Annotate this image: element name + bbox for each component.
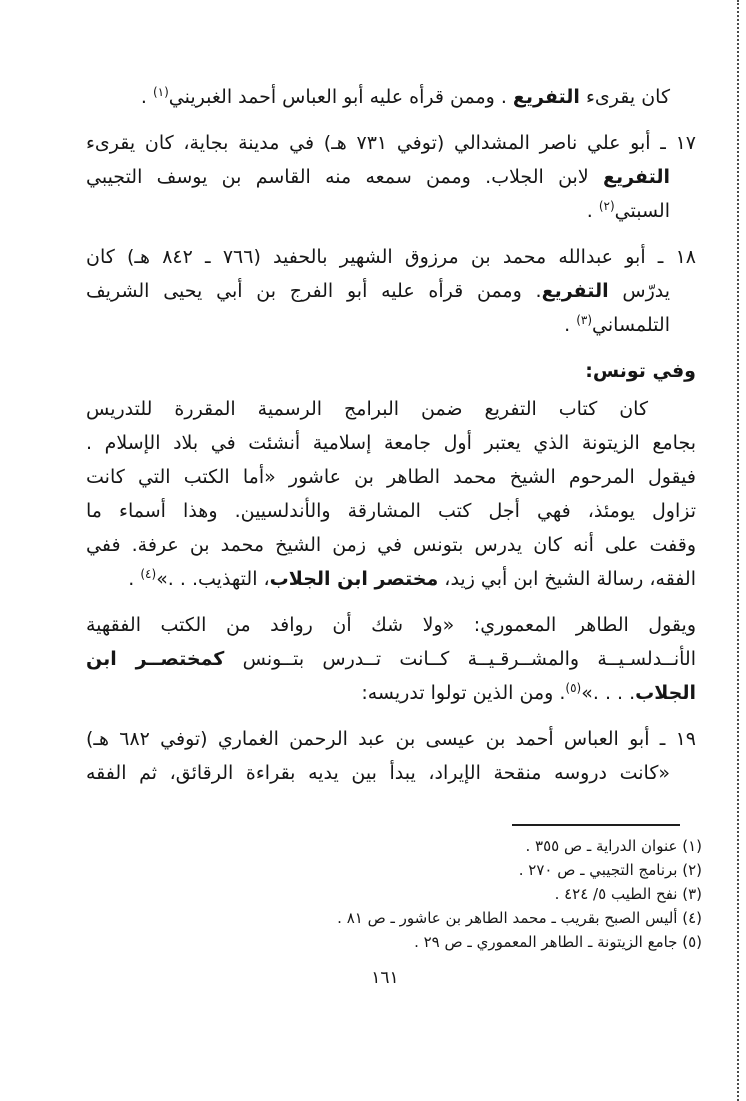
footnotes: (١) عنوان الدراية ـ ص ٣٥٥ .(٢) برنامج ال… bbox=[86, 834, 702, 954]
text-span: «كانت دروسه منقحة الإيراد، يبدأ بين يديه… bbox=[86, 762, 670, 784]
text-span: الأنــدلسـيــة والمشــرقـيــة كــانت تــ… bbox=[224, 648, 696, 670]
scan-edge-line bbox=[737, 0, 739, 1101]
footnote-item: (٥) جامع الزيتونة ـ الطاهر المعموري ـ ص … bbox=[86, 930, 702, 954]
text-line: ١٨ ـ أبو عبدالله محمد بن مرزوق الشهير با… bbox=[86, 240, 696, 274]
footnote-ref: (١) bbox=[153, 85, 169, 99]
footnote-item: (١) عنوان الدراية ـ ص ٣٥٥ . bbox=[86, 834, 702, 858]
text-line: التلمساني(٣) . bbox=[86, 308, 696, 342]
text-line: الجلاب. . . .»(٥). ومن الذين تولوا تدريس… bbox=[86, 676, 696, 710]
text-span: فيقول المرحوم الشيخ محمد الطاهر بن عاشور… bbox=[86, 466, 696, 488]
footnote-item: (٤) أليس الصبح بقريب ـ محمد الطاهر بن عا… bbox=[86, 906, 702, 930]
text-line: بجامع الزيتونة الذي يعتبر أول جامعة إسلا… bbox=[86, 426, 696, 460]
text-line: كان كتاب التفريع ضمن البرامج الرسمية الم… bbox=[86, 392, 696, 426]
page-number: ١٦١ bbox=[24, 966, 746, 990]
paragraph-tail-previous-entry: كان يقرىء التفريع . وممن قرأه عليه أبو ا… bbox=[86, 80, 696, 114]
footnote-item: (٣) نفح الطيب ٥/ ٤٢٤ . bbox=[86, 882, 702, 906]
text-line: تزاول يومئذ، فهي أجل كتب المشارقة والأند… bbox=[86, 494, 696, 528]
text-span: بجامع الزيتونة الذي يعتبر أول جامعة إسلا… bbox=[86, 432, 696, 454]
entry-18-ibn-marzuq: ١٨ ـ أبو عبدالله محمد بن مرزوق الشهير با… bbox=[86, 240, 696, 342]
text-line: ١٧ ـ أبو علي ناصر المشدالي (توفي ٧٣١ هـ)… bbox=[86, 126, 696, 160]
footnote-ref: (٣) bbox=[576, 313, 592, 327]
text-span: . . . .» bbox=[581, 682, 635, 704]
text-span: . ومن الذين تولوا تدريسه: bbox=[361, 682, 565, 704]
text-span: كان يقرىء bbox=[580, 86, 670, 108]
paragraph-maamouri-quote: ويقول الطاهر المعموري: «ولا شك أن روافد … bbox=[86, 608, 696, 710]
text-line: وقفت على أنه كان يدرس بتونس في زمن الشيخ… bbox=[86, 528, 696, 562]
text-span: ١٨ ـ أبو عبدالله محمد بن مرزوق الشهير با… bbox=[86, 246, 696, 268]
text-line: فيقول المرحوم الشيخ محمد الطاهر بن عاشور… bbox=[86, 460, 696, 494]
page-body: كان يقرىء التفريع . وممن قرأه عليه أبو ا… bbox=[86, 80, 696, 802]
text-span: . bbox=[128, 568, 140, 590]
text-line: «كانت دروسه منقحة الإيراد، يبدأ بين يديه… bbox=[86, 756, 696, 790]
footnote-item: (٢) برنامج التجيبي ـ ص ٢٧٠ . bbox=[86, 858, 702, 882]
bold-text: التفريع bbox=[542, 280, 609, 302]
bold-text: الجلاب bbox=[635, 682, 696, 704]
text-line: الفقه، رسالة الشيخ ابن أبي زيد، مختصر اب… bbox=[86, 562, 696, 596]
text-span: . وممن قرأه عليه أبو الفرج بن أبي يحيى ا… bbox=[86, 280, 542, 302]
text-line: التفريع لابن الجلاب. وممن سمعه منه القاس… bbox=[86, 160, 696, 194]
bold-text: مختصر ابن الجلاب bbox=[270, 568, 439, 590]
text-span: . bbox=[564, 314, 576, 336]
bold-text: التفريع bbox=[513, 86, 580, 108]
text-span: السبتي bbox=[615, 200, 670, 222]
text-span: كان كتاب التفريع ضمن البرامج الرسمية الم… bbox=[86, 398, 648, 420]
text-line: يدرّس التفريع. وممن قرأه عليه أبو الفرج … bbox=[86, 274, 696, 308]
footnote-ref: (٤) bbox=[140, 567, 156, 581]
bold-text: التفريع bbox=[603, 166, 670, 188]
text-span: الفقه، رسالة الشيخ ابن أبي زيد، bbox=[438, 568, 696, 590]
text-span: . bbox=[141, 86, 153, 108]
footnote-ref: (٥) bbox=[565, 681, 581, 695]
entry-17-al-mashdali: ١٧ ـ أبو علي ناصر المشدالي (توفي ٧٣١ هـ)… bbox=[86, 126, 696, 228]
text-span: ، التهذيب. . .» bbox=[156, 568, 269, 590]
text-line: ١٩ ـ أبو العباس أحمد بن عيسى بن عبد الرح… bbox=[86, 722, 696, 756]
bold-text: كمختصــر ابن bbox=[86, 648, 224, 670]
text-line: وفي تونس: bbox=[86, 354, 696, 388]
text-span: وقفت على أنه كان يدرس بتونس في زمن الشيخ… bbox=[86, 534, 696, 556]
text-span: لابن الجلاب. وممن سمعه منه القاسم بن يوس… bbox=[86, 166, 603, 188]
text-span: التلمساني bbox=[592, 314, 670, 336]
text-span: ١٧ ـ أبو علي ناصر المشدالي (توفي ٧٣١ هـ)… bbox=[86, 132, 696, 154]
text-line: كان يقرىء التفريع . وممن قرأه عليه أبو ا… bbox=[86, 80, 696, 114]
text-span: . وممن قرأه عليه أبو العباس أحمد الغبرين… bbox=[169, 86, 513, 108]
text-span: تزاول يومئذ، فهي أجل كتب المشارقة والأند… bbox=[86, 500, 696, 522]
text-line: السبتي(٢) . bbox=[86, 194, 696, 228]
paragraph-zaytuna: كان كتاب التفريع ضمن البرامج الرسمية الم… bbox=[86, 392, 696, 596]
book-page: كان يقرىء التفريع . وممن قرأه عليه أبو ا… bbox=[0, 0, 746, 1101]
footnote-separator bbox=[512, 824, 680, 826]
section-heading-tunis: وفي تونس: bbox=[86, 354, 696, 388]
text-line: الأنــدلسـيــة والمشــرقـيــة كــانت تــ… bbox=[86, 642, 696, 676]
footnote-ref: (٢) bbox=[599, 199, 615, 213]
text-span: يدرّس bbox=[609, 280, 670, 302]
text-span: . bbox=[587, 200, 599, 222]
text-span: ويقول الطاهر المعموري: «ولا شك أن روافد … bbox=[86, 614, 696, 636]
bold-text: وفي تونس: bbox=[585, 360, 696, 382]
text-span: ١٩ ـ أبو العباس أحمد بن عيسى بن عبد الرح… bbox=[86, 728, 696, 750]
entry-19-al-ghumari: ١٩ ـ أبو العباس أحمد بن عيسى بن عبد الرح… bbox=[86, 722, 696, 790]
text-line: ويقول الطاهر المعموري: «ولا شك أن روافد … bbox=[86, 608, 696, 642]
